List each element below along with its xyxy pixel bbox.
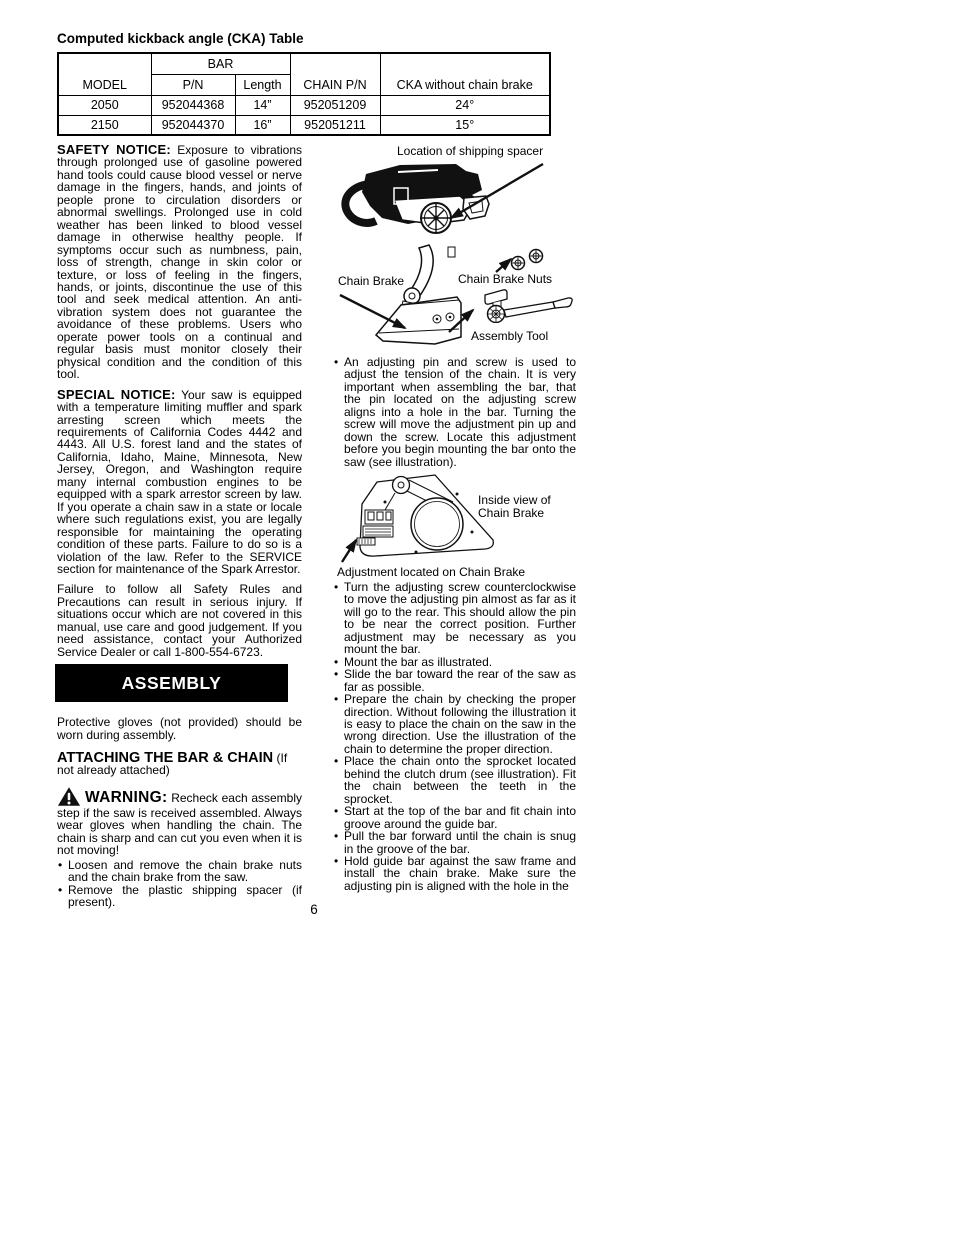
list-item: An adjusting pin and screw is used to ad… [333,356,576,468]
assembly-steps-bullet-list: Turn the adjusting screw counterclockwis… [333,581,576,892]
manual-page: Computed kickback angle (CKA) Table MODE… [0,0,954,1235]
adjustment-arrow [337,532,369,568]
list-item: Loosen and remove the chain brake nuts a… [57,859,302,884]
cell-model: 2050 [58,95,151,115]
table-row: 2150 952044370 16” 952051211 15° [58,115,550,135]
label-inside-view: Inside view of Chain Brake [478,494,568,519]
cka-table: MODEL BAR CHAIN P/N CKA without chain br… [57,52,551,136]
adjusting-pin-bullet: An adjusting pin and screw is used to ad… [333,356,576,468]
cell-chain-pn: 952051209 [290,95,380,115]
gloves-paragraph: Protective gloves (not provided) should … [57,716,302,741]
special-notice-text: Your saw is equipped with a temperature … [57,388,302,576]
list-item: Pull the bar forward until the chain is … [333,830,576,855]
list-item: Turn the adjusting screw counterclockwis… [333,581,576,656]
cell-chain-pn: 952051211 [290,115,380,135]
col-header-bar-pn: P/N [151,74,235,95]
assembly-banner-label: ASSEMBLY [122,677,222,689]
figure-shipping-spacer: Location of shipping spacer [333,143,576,356]
list-item: Slide the bar toward the rear of the saw… [333,668,576,693]
list-item: Prepare the chain by checking the proper… [333,693,576,755]
right-column: Location of shipping spacer [333,143,576,943]
label-adjustment: Adjustment located on Chain Brake [337,566,525,579]
failure-paragraph: Failure to follow all Safety Rules and P… [57,583,302,658]
attaching-bullet-list: Loosen and remove the chain brake nuts a… [57,859,302,909]
label-chain-brake: Chain Brake [338,275,404,288]
cell-bar-length: 14” [235,95,290,115]
label-assembly-tool: Assembly Tool [471,330,548,343]
list-item: Remove the plastic shipping spacer (if p… [57,884,302,909]
cka-table-title: Computed kickback angle (CKA) Table [57,31,304,46]
cell-bar-length: 16” [235,115,290,135]
left-column: SAFETY NOTICE: Exposure to vibrations th… [57,144,302,909]
list-item: Place the chain onto the sprocket locate… [333,755,576,805]
chain-brake-arrow [335,290,417,336]
shipping-spacer-arrow [441,159,549,225]
table-row: 2050 952044368 14” 952051209 24° [58,95,550,115]
warning-label: WARNING: [85,789,167,806]
assembly-tool-illustration [473,287,573,323]
list-item: Hold guide bar against the saw frame and… [333,855,576,892]
cell-cka: 24° [380,95,550,115]
col-header-cka: CKA without chain brake [380,53,550,95]
safety-notice-paragraph: SAFETY NOTICE: Exposure to vibrations th… [57,144,302,381]
cell-bar-pn: 952044368 [151,95,235,115]
figure-inside-chain-brake: Inside view of Chain Brake Adjustment lo… [333,470,576,582]
col-header-bar: BAR [151,53,290,74]
col-header-chain-pn: CHAIN P/N [290,53,380,95]
col-header-bar-length: Length [235,74,290,95]
col-header-model: MODEL [58,53,151,95]
special-notice-paragraph: SPECIAL NOTICE: Your saw is equipped wit… [57,389,302,576]
cell-model: 2150 [58,115,151,135]
safety-notice-text: Exposure to vibrations through prolonged… [57,143,302,381]
assembly-banner: ASSEMBLY [55,664,288,702]
warning-paragraph: WARNING: Recheck each assembly step if t… [57,786,302,857]
warning-icon [57,786,81,807]
label-shipping-spacer: Location of shipping spacer [397,145,543,158]
cell-bar-pn: 952044370 [151,115,235,135]
list-item: Start at the top of the bar and fit chai… [333,805,576,830]
page-number: 6 [299,902,329,917]
label-chain-brake-nuts: Chain Brake Nuts [458,273,552,286]
attaching-heading: ATTACHING THE BAR & CHAIN (If not alread… [57,752,302,777]
cell-cka: 15° [380,115,550,135]
